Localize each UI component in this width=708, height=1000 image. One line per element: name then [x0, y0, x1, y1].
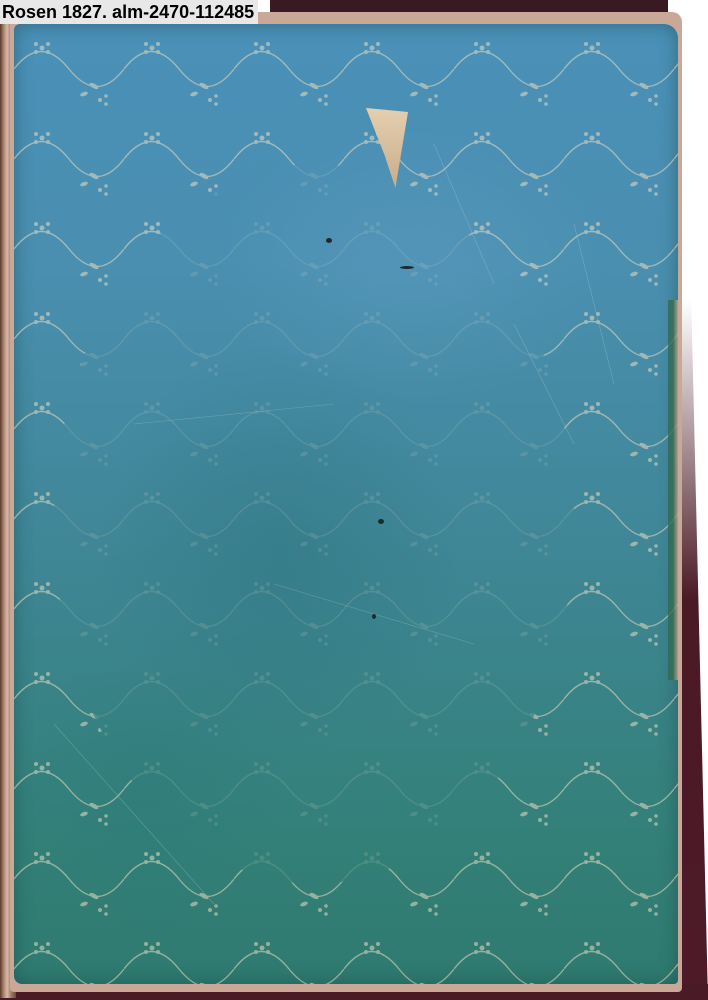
ink-spot — [372, 614, 376, 619]
ink-spot — [378, 519, 384, 524]
floral-vine-pattern — [14, 24, 678, 984]
frayed-right-edge — [668, 300, 678, 680]
image-caption: Rosen 1827. alm-2470-112485 — [0, 0, 258, 24]
ink-spot — [326, 238, 332, 243]
ink-spot — [400, 266, 414, 269]
book-cover — [14, 24, 678, 984]
